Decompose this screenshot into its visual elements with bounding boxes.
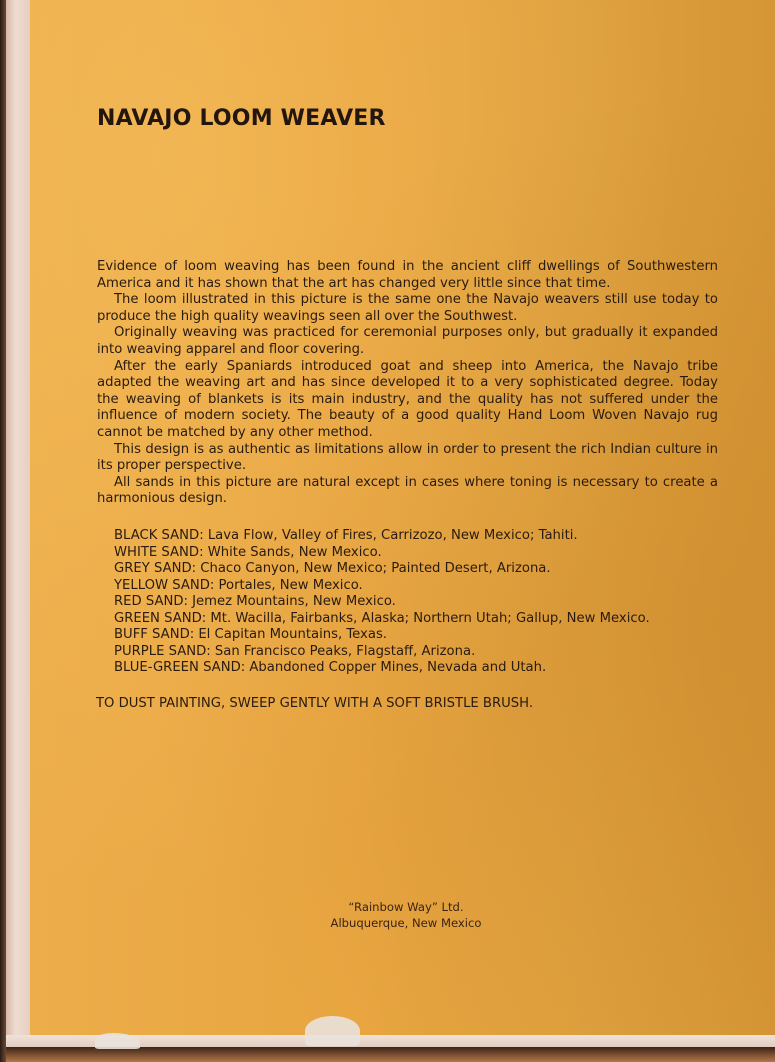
sand-source-item: BLUE-GREEN SAND: Abandoned Copper Mines,… [114, 660, 734, 677]
publisher-location: Albuquerque, New Mexico [306, 916, 506, 932]
paper-tear [95, 1033, 140, 1049]
publisher-name: “Rainbow Way” Ltd. [306, 900, 506, 916]
sand-source-item: BLACK SAND: Lava Flow, Valley of Fires, … [114, 528, 734, 545]
paragraph: Evidence of loom weaving has been found … [97, 259, 718, 292]
publisher-block: “Rainbow Way” Ltd. Albuquerque, New Mexi… [306, 900, 506, 931]
sand-source-item: GREY SAND: Chaco Canyon, New Mexico; Pai… [114, 561, 734, 578]
paragraph: The loom illustrated in this picture is … [97, 292, 718, 325]
sand-sources-list: BLACK SAND: Lava Flow, Valley of Fires, … [114, 528, 734, 677]
sand-source-item: BUFF SAND: El Capitan Mountains, Texas. [114, 627, 734, 644]
body-text: Evidence of loom weaving has been found … [97, 259, 718, 508]
paragraph: After the early Spaniards introduced goa… [97, 359, 718, 442]
document-sheet [30, 0, 775, 1035]
document-title: NAVAJO LOOM WEAVER [97, 106, 386, 131]
paper-left-border [6, 0, 30, 1062]
paragraph: All sands in this picture are natural ex… [97, 475, 718, 508]
sand-source-item: RED SAND: Jemez Mountains, New Mexico. [114, 594, 734, 611]
sand-source-item: PURPLE SAND: San Francisco Peaks, Flagst… [114, 644, 734, 661]
paragraph: Originally weaving was practiced for cer… [97, 325, 718, 358]
sand-source-item: GREEN SAND: Mt. Wacilla, Fairbanks, Alas… [114, 611, 734, 628]
frame-bottom-edge [6, 1047, 775, 1062]
sand-source-item: WHITE SAND: White Sands, New Mexico. [114, 545, 734, 562]
paper-tear [305, 1016, 360, 1046]
care-instructions: TO DUST PAINTING, SWEEP GENTLY WITH A SO… [96, 696, 533, 711]
sand-source-item: YELLOW SAND: Portales, New Mexico. [114, 578, 734, 595]
paragraph: This design is as authentic as limitatio… [97, 442, 718, 475]
